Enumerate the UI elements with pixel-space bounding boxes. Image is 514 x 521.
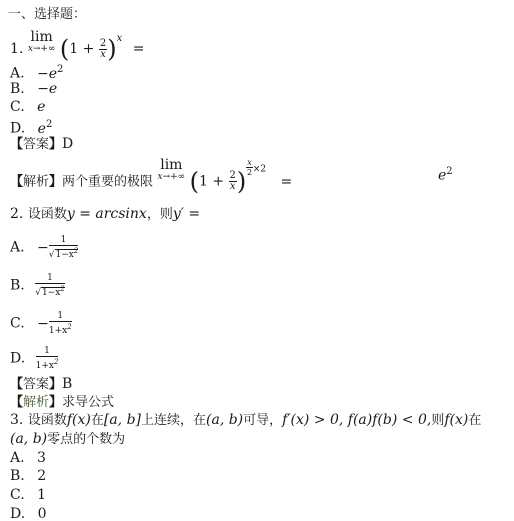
answer-label: 答案 — [23, 137, 49, 152]
fraction: 2x — [229, 171, 237, 192]
section-title: 一、选择题： — [8, 3, 86, 22]
question-2-answer: 【答案】B — [10, 375, 72, 394]
limit-operator: lim x→+∞ — [28, 30, 56, 54]
analysis-result: e2 — [438, 163, 453, 185]
question-3-stem-line-2: (a, b)零点的个数为 — [10, 430, 125, 449]
question-3-option-b: B. 2 — [10, 467, 46, 485]
fraction: 2x — [99, 39, 107, 60]
limit-operator: lim x→+∞ — [158, 158, 186, 182]
question-2-option-b: B. 1√1−x2 — [10, 273, 65, 298]
fraction: 1√1−x2 — [49, 235, 79, 260]
question-2-option-c: C. −11+x2 — [10, 311, 72, 336]
answer-value: D — [62, 136, 73, 152]
fraction: 11+x2 — [49, 311, 72, 336]
question-3-stem-line-1: 3. 设函数f(x)在[a, b]上连续，在(a, b)可导，f′(x) > 0… — [10, 411, 481, 430]
question-1-stem: 1. lim x→+∞ (1 + 2x)x = — [10, 30, 144, 60]
question-1-answer: 【答案】D — [10, 135, 73, 154]
analysis-label: 解析 — [23, 175, 49, 190]
fraction: 1√1−x2 — [35, 273, 65, 298]
exponent: x2×2 — [246, 158, 266, 179]
question-3-option-c: C. 1 — [10, 486, 46, 504]
question-number: 1. — [10, 41, 23, 57]
question-1-option-b: B. −e — [10, 80, 57, 98]
question-2-option-d: D. 11+x2 — [10, 346, 58, 371]
question-2-analysis: 【解析】求导公式 — [10, 393, 114, 412]
question-1-option-c: C. e — [10, 98, 45, 116]
fraction: 11+x2 — [36, 346, 59, 371]
question-1-analysis: 【解析】两个重要的极限 lim x→+∞ (1 + 2x)x2×2 = — [10, 158, 292, 192]
question-3-option-a: A. 3 — [10, 449, 46, 467]
question-3-option-d: D. 0 — [10, 505, 47, 521]
question-2-option-a: A. −1√1−x2 — [10, 235, 78, 260]
question-2-stem: 2. 设函数y = arcsinx，则y′ = — [10, 205, 200, 224]
